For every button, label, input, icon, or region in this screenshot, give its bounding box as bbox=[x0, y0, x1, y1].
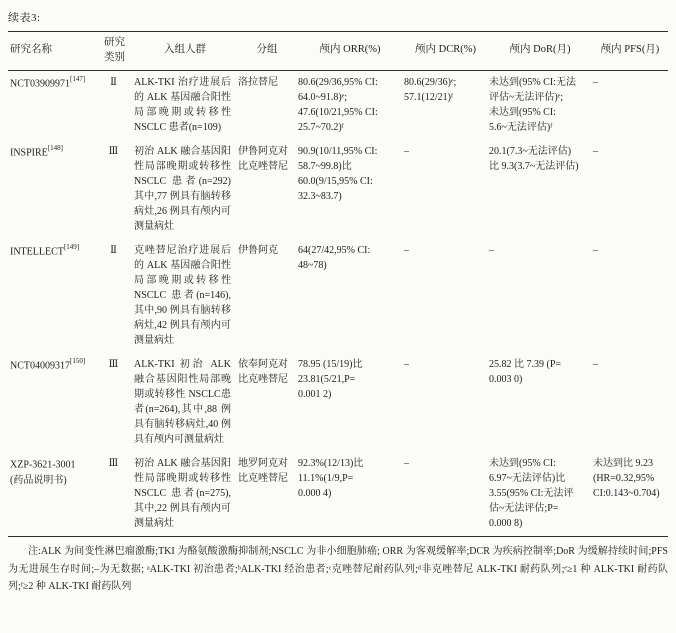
table-row-xzp-3621-3001: XZP-3621-3001(药品说明书) Ⅲ 初治 ALK 融合基因阳性局部晚期… bbox=[8, 452, 668, 537]
cell-population: ALK-TKI 初治 ALK 融合基因阳性局部晚期或转移性 NSCLC患者(n=… bbox=[133, 353, 237, 452]
cell-intracranial-pfs: – bbox=[592, 71, 668, 141]
table-row-inspire: INSPIRE[148] Ⅲ 初治 ALK 融合基因阳性局部晚期或转移性 NSC… bbox=[8, 140, 668, 239]
cell-group: 依奉阿克对比克唑替尼 bbox=[237, 353, 297, 452]
cell-intracranial-orr: 80.6(29/36,95% CI: 64.0~91.8)ᵉ; 47.6(10/… bbox=[297, 71, 403, 141]
cell-intracranial-orr: 92.3%(12/13)比 11.1%(1/9,P= 0.000 4) bbox=[297, 452, 403, 537]
col-header-population: 入组人群 bbox=[133, 32, 237, 71]
col-header-study-type: 研究 类别 bbox=[96, 32, 133, 71]
cell-intracranial-pfs: – bbox=[592, 239, 668, 353]
table-continuation-title: 续表3: bbox=[8, 9, 668, 25]
citation-ref: [149] bbox=[64, 243, 79, 251]
cell-study-name: XZP-3621-3001(药品说明书) bbox=[8, 452, 96, 537]
cell-study-name: INSPIRE[148] bbox=[8, 140, 96, 239]
col-header-intracranial-dcr: 颅内 DCR(%) bbox=[403, 32, 488, 71]
cell-intracranial-dor: 未达到(95% CI: 6.97~无法评估)比 3.55(95% CI:无法评 … bbox=[488, 452, 592, 537]
cell-intracranial-dor: – bbox=[488, 239, 592, 353]
citation-ref: [147] bbox=[70, 75, 85, 83]
cell-intracranial-pfs: – bbox=[592, 353, 668, 452]
study-name: INSPIRE bbox=[10, 148, 48, 159]
cell-population: ALK-TKI 治疗进展后的 ALK 基因融合阳性局部晚期或转移性 NSCLC … bbox=[133, 71, 237, 141]
cell-study-name: INTELLECT[149] bbox=[8, 239, 96, 353]
cell-population: 初治 ALK 融合基因阳性局部晚期或转移性 NSCLC 患者(n=292)其中,… bbox=[133, 140, 237, 239]
document-page: 续表3: 研究名称 研究 类别 入组人群 分组 颅内 ORR(%) 颅内 DCR… bbox=[0, 0, 676, 633]
study-name: NCT04009317 bbox=[10, 361, 70, 372]
cell-intracranial-pfs: 未达到比 9.23 (HR=0.32,95% CI:0.143~0.704) bbox=[592, 452, 668, 537]
cell-intracranial-dcr: – bbox=[403, 452, 488, 537]
cell-group: 伊鲁阿克对比克唑替尼 bbox=[237, 140, 297, 239]
cell-intracranial-dor: 20.1(7.3~无法评估) 比 9.3(3.7~无法评估) bbox=[488, 140, 592, 239]
study-comparison-table: 研究名称 研究 类别 入组人群 分组 颅内 ORR(%) 颅内 DCR(%) 颅… bbox=[8, 31, 668, 537]
col-header-study-name: 研究名称 bbox=[8, 32, 96, 71]
col-header-intracranial-dor: 颅内 DoR(月) bbox=[488, 32, 592, 71]
cell-intracranial-dor: 未达到(95% CI:无法 评估~无法评估)ᵉ; 未达到(95% CI: 5.6… bbox=[488, 71, 592, 141]
cell-intracranial-dcr: – bbox=[403, 239, 488, 353]
cell-group: 洛拉替尼 bbox=[237, 71, 297, 141]
cell-group: 伊鲁阿克 bbox=[237, 239, 297, 353]
cell-intracranial-orr: 78.95 (15/19)比 23.81(5/21,P= 0.001 2) bbox=[297, 353, 403, 452]
study-name: NCT03909971 bbox=[10, 79, 70, 90]
table-footnote: 注:ALK 为间变性淋巴瘤激酶;TKI 为酪氨酸激酶抑制剂;NSCLC 为非小细… bbox=[8, 543, 668, 595]
col-header-group: 分组 bbox=[237, 32, 297, 71]
table-row-nct04009317: NCT04009317[150] Ⅲ ALK-TKI 初治 ALK 融合基因阳性… bbox=[8, 353, 668, 452]
cell-intracranial-orr: 64(27/42,95% CI: 48~78) bbox=[297, 239, 403, 353]
citation-ref: [150] bbox=[70, 357, 85, 365]
col-header-intracranial-pfs: 颅内 PFS(月) bbox=[592, 32, 668, 71]
cell-intracranial-orr: 90.9(10/11,95% CI: 58.7~99.8)比 60.0(9/15… bbox=[297, 140, 403, 239]
table-row-intellect: INTELLECT[149] Ⅱ 克唑替尼治疗进展后的 ALK 基因融合阳性局部… bbox=[8, 239, 668, 353]
cell-study-type: Ⅲ bbox=[96, 353, 133, 452]
cell-study-type: Ⅲ bbox=[96, 452, 133, 537]
study-name-line2: (药品说明书) bbox=[10, 473, 93, 488]
cell-intracranial-dcr: – bbox=[403, 140, 488, 239]
cell-study-type: Ⅱ bbox=[96, 239, 133, 353]
cell-intracranial-dcr: – bbox=[403, 353, 488, 452]
cell-study-name: NCT03909971[147] bbox=[8, 71, 96, 141]
study-name: INTELLECT bbox=[10, 247, 64, 258]
citation-ref: [148] bbox=[48, 144, 63, 152]
cell-population: 克唑替尼治疗进展后的 ALK 基因融合阳性局部晚期或转移性 NSCLC 患者(n… bbox=[133, 239, 237, 353]
col-header-intracranial-orr: 颅内 ORR(%) bbox=[297, 32, 403, 71]
study-name: XZP-3621-3001 bbox=[10, 460, 76, 471]
cell-study-name: NCT04009317[150] bbox=[8, 353, 96, 452]
cell-population: 初治 ALK 融合基因阳性局部晚期或转移性 NSCLC 患者(n=275),其中… bbox=[133, 452, 237, 537]
cell-group: 地罗阿克对比克唑替尼 bbox=[237, 452, 297, 537]
cell-intracranial-dcr: 80.6(29/36)ᵉ; 57.1(12/21)ᶠ bbox=[403, 71, 488, 141]
table-header-row: 研究名称 研究 类别 入组人群 分组 颅内 ORR(%) 颅内 DCR(%) 颅… bbox=[8, 32, 668, 71]
cell-study-type: Ⅲ bbox=[96, 140, 133, 239]
table-row-nct03909971: NCT03909971[147] Ⅱ ALK-TKI 治疗进展后的 ALK 基因… bbox=[8, 71, 668, 141]
cell-intracranial-dor: 25.82 比 7.39 (P= 0.003 0) bbox=[488, 353, 592, 452]
cell-study-type: Ⅱ bbox=[96, 71, 133, 141]
cell-intracranial-pfs: – bbox=[592, 140, 668, 239]
